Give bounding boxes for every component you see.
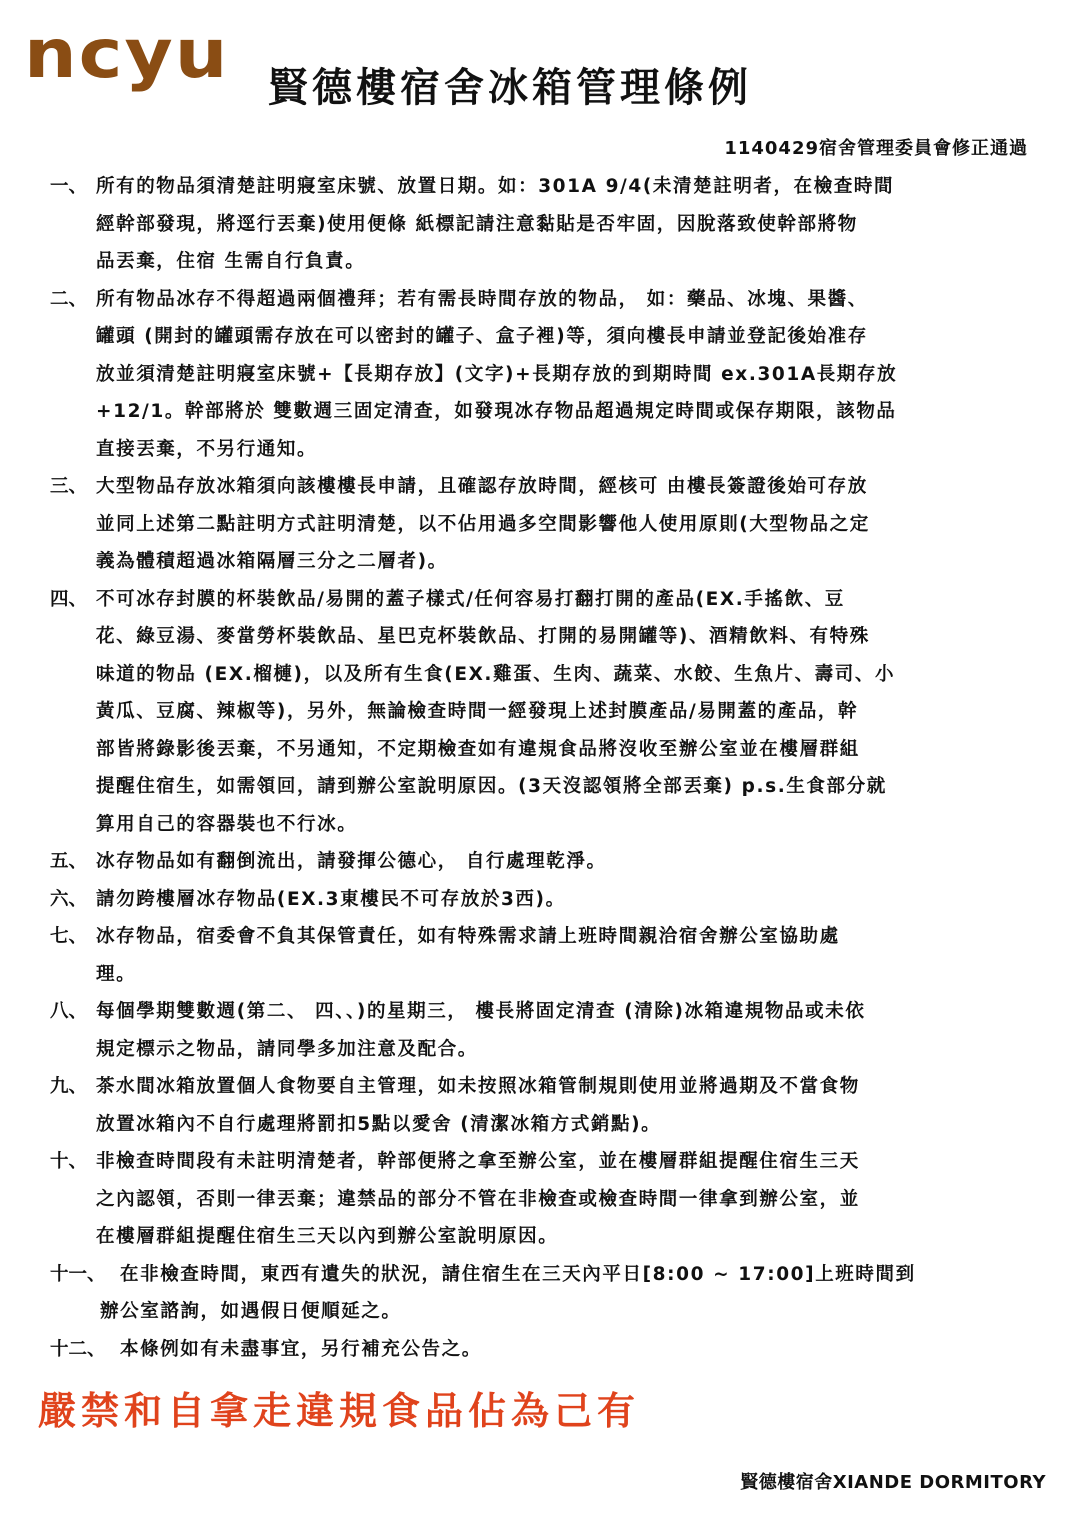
- rule-line: 算用自己的容器裝也不行冰。: [50, 806, 1040, 844]
- rule-6: 六、 請勿跨樓層冰存物品(EX.3東樓民不可存放於3西)。: [50, 881, 1040, 919]
- rule-line: 義為體積超過冰箱隔層三分之二層者)。: [50, 543, 1040, 581]
- rule-10: 十、 非檢查時間段有未註明清楚者，幹部便將之拿至辦公室，並在樓層群組提醒住宿生三…: [50, 1143, 1040, 1256]
- rule-4: 四、 不可冰存封膜的杯裝飲品/易開的蓋子樣式/任何容易打翻打開的產品(EX.手搖…: [50, 581, 1040, 844]
- rule-line: 辦公室諮詢，如遇假日便順延之。: [50, 1293, 1040, 1331]
- rule-line: 提醒住宿生，如需領回，請到辦公室說明原因。(3天沒認領將全部丟棄) p.s.生食…: [50, 768, 1040, 806]
- ncyu-logo: ncyu: [24, 22, 229, 86]
- page-title: 賢德樓宿舍冰箱管理條例: [268, 60, 752, 116]
- rule-line: 罐頭 (開封的罐頭需存放在可以密封的罐子、盒子裡)等，須向樓長申請並登記後始准存: [50, 318, 1040, 356]
- rule-line: 每個學期雙數週(第二、 四、、)的星期三， 樓長將固定清查 (清除)冰箱違規物品…: [50, 993, 1040, 1031]
- rule-line: 並同上述第二點註明方式註明清楚，以不佔用過多空間影響他人使用原則(大型物品之定: [50, 506, 1040, 544]
- rule-1: 一、 所有的物品須清楚註明寢室床號、放置日期。如：301A 9/4(未清楚註明者…: [50, 168, 1040, 281]
- rule-number: 二、: [50, 281, 87, 319]
- rule-line: 理。: [50, 956, 1040, 994]
- rule-line: 不可冰存封膜的杯裝飲品/易開的蓋子樣式/任何容易打翻打開的產品(EX.手搖飲、豆: [50, 581, 1040, 619]
- rule-line: 部皆將錄影後丟棄，不另通知，不定期檢查如有違規食品將沒收至辦公室並在樓層群組: [50, 731, 1040, 769]
- rule-line: 非檢查時間段有未註明清楚者，幹部便將之拿至辦公室，並在樓層群組提醒住宿生三天: [50, 1143, 1040, 1181]
- rule-line: 茶水間冰箱放置個人食物要自主管理，如未按照冰箱管制規則使用並將過期及不當食物: [50, 1068, 1040, 1106]
- rule-11: 十一、 在非檢查時間，東西有遺失的狀況，請住宿生在三天內平日[8:00 ~ 17…: [50, 1256, 1040, 1331]
- rule-line: 在非檢查時間，東西有遺失的狀況，請住宿生在三天內平日[8:00 ~ 17:00]…: [50, 1256, 1040, 1294]
- rule-number: 三、: [50, 468, 87, 506]
- rule-12: 十二、 本條例如有未盡事宜，另行補充公告之。: [50, 1331, 1040, 1369]
- rule-line: 品丟棄，住宿 生需自行負責。: [50, 243, 1040, 281]
- rule-number: 九、: [50, 1068, 87, 1106]
- revision-note: 1140429宿舍管理委員會修正通過: [724, 136, 1028, 162]
- rule-number: 五、: [50, 843, 87, 881]
- rule-line: +12/1。幹部將於 雙數週三固定清查，如發現冰存物品超過規定時間或保存期限，該…: [50, 393, 1040, 431]
- rule-9: 九、 茶水間冰箱放置個人食物要自主管理，如未按照冰箱管制規則使用並將過期及不當食…: [50, 1068, 1040, 1143]
- rule-number: 八、: [50, 993, 87, 1031]
- rule-line: 本條例如有未盡事宜，另行補充公告之。: [50, 1331, 1040, 1369]
- rule-line: 所有的物品須清楚註明寢室床號、放置日期。如：301A 9/4(未清楚註明者，在檢…: [50, 168, 1040, 206]
- footer-signature: 賢德樓宿舍XIANDE DORMITORY: [740, 1470, 1046, 1496]
- rule-line: 規定標示之物品，請同學多加注意及配合。: [50, 1031, 1040, 1069]
- warning-banner: 嚴禁和自拿走違規食品佔為己有: [38, 1386, 640, 1436]
- rule-2: 二、 所有物品冰存不得超過兩個禮拜；若有需長時間存放的物品， 如：藥品、冰塊、果…: [50, 281, 1040, 469]
- rule-number: 四、: [50, 581, 87, 619]
- rule-line: 大型物品存放冰箱須向該樓樓長申請，且確認存放時間，經核可 由樓長簽證後始可存放: [50, 468, 1040, 506]
- rule-line: 經幹部發現，將逕行丟棄)使用便條 紙標記請注意黏貼是否牢固，因脫落致使幹部將物: [50, 206, 1040, 244]
- rule-number: 十二、: [50, 1331, 106, 1369]
- rule-line: 花、綠豆湯、麥當勞杯裝飲品、星巴克杯裝飲品、打開的易開罐等)、酒精飲料、有特殊: [50, 618, 1040, 656]
- rule-number: 十一、: [50, 1256, 106, 1294]
- rule-3: 三、 大型物品存放冰箱須向該樓樓長申請，且確認存放時間，經核可 由樓長簽證後始可…: [50, 468, 1040, 581]
- rule-line: 直接丟棄，不另行通知。: [50, 431, 1040, 469]
- rule-line: 所有物品冰存不得超過兩個禮拜；若有需長時間存放的物品， 如：藥品、冰塊、果醬、: [50, 281, 1040, 319]
- rule-number: 十、: [50, 1143, 87, 1181]
- rule-line: 冰存物品，宿委會不負其保管責任，如有特殊需求請上班時間親洽宿舍辦公室協助處: [50, 918, 1040, 956]
- rule-number: 一、: [50, 168, 87, 206]
- rule-line: 請勿跨樓層冰存物品(EX.3東樓民不可存放於3西)。: [50, 881, 1040, 919]
- rule-number: 七、: [50, 918, 87, 956]
- rule-line: 之內認領，否則一律丟棄；違禁品的部分不管在非檢查或檢查時間一律拿到辦公室，並: [50, 1181, 1040, 1219]
- rule-line: 在樓層群組提醒住宿生三天以內到辦公室說明原因。: [50, 1218, 1040, 1256]
- rule-7: 七、 冰存物品，宿委會不負其保管責任，如有特殊需求請上班時間親洽宿舍辦公室協助處…: [50, 918, 1040, 993]
- rule-number: 六、: [50, 881, 87, 919]
- rule-8: 八、 每個學期雙數週(第二、 四、、)的星期三， 樓長將固定清查 (清除)冰箱違…: [50, 993, 1040, 1068]
- rule-line: 黃瓜、豆腐、辣椒等)，另外，無論檢查時間一經發現上述封膜產品/易開蓋的產品，幹: [50, 693, 1040, 731]
- rules-list: 一、 所有的物品須清楚註明寢室床號、放置日期。如：301A 9/4(未清楚註明者…: [50, 168, 1040, 1368]
- rule-line: 放並須清楚註明寢室床號+【長期存放】(文字)+長期存放的到期時間 ex.301A…: [50, 356, 1040, 394]
- rule-5: 五、 冰存物品如有翻倒流出，請發揮公德心， 自行處理乾淨。: [50, 843, 1040, 881]
- rule-line: 放置冰箱內不自行處理將罰扣5點以愛舍 (清潔冰箱方式銷點)。: [50, 1106, 1040, 1144]
- rule-line: 味道的物品 (EX.榴槤)，以及所有生食(EX.雞蛋、生肉、蔬菜、水餃、生魚片、…: [50, 656, 1040, 694]
- rule-line: 冰存物品如有翻倒流出，請發揮公德心， 自行處理乾淨。: [50, 843, 1040, 881]
